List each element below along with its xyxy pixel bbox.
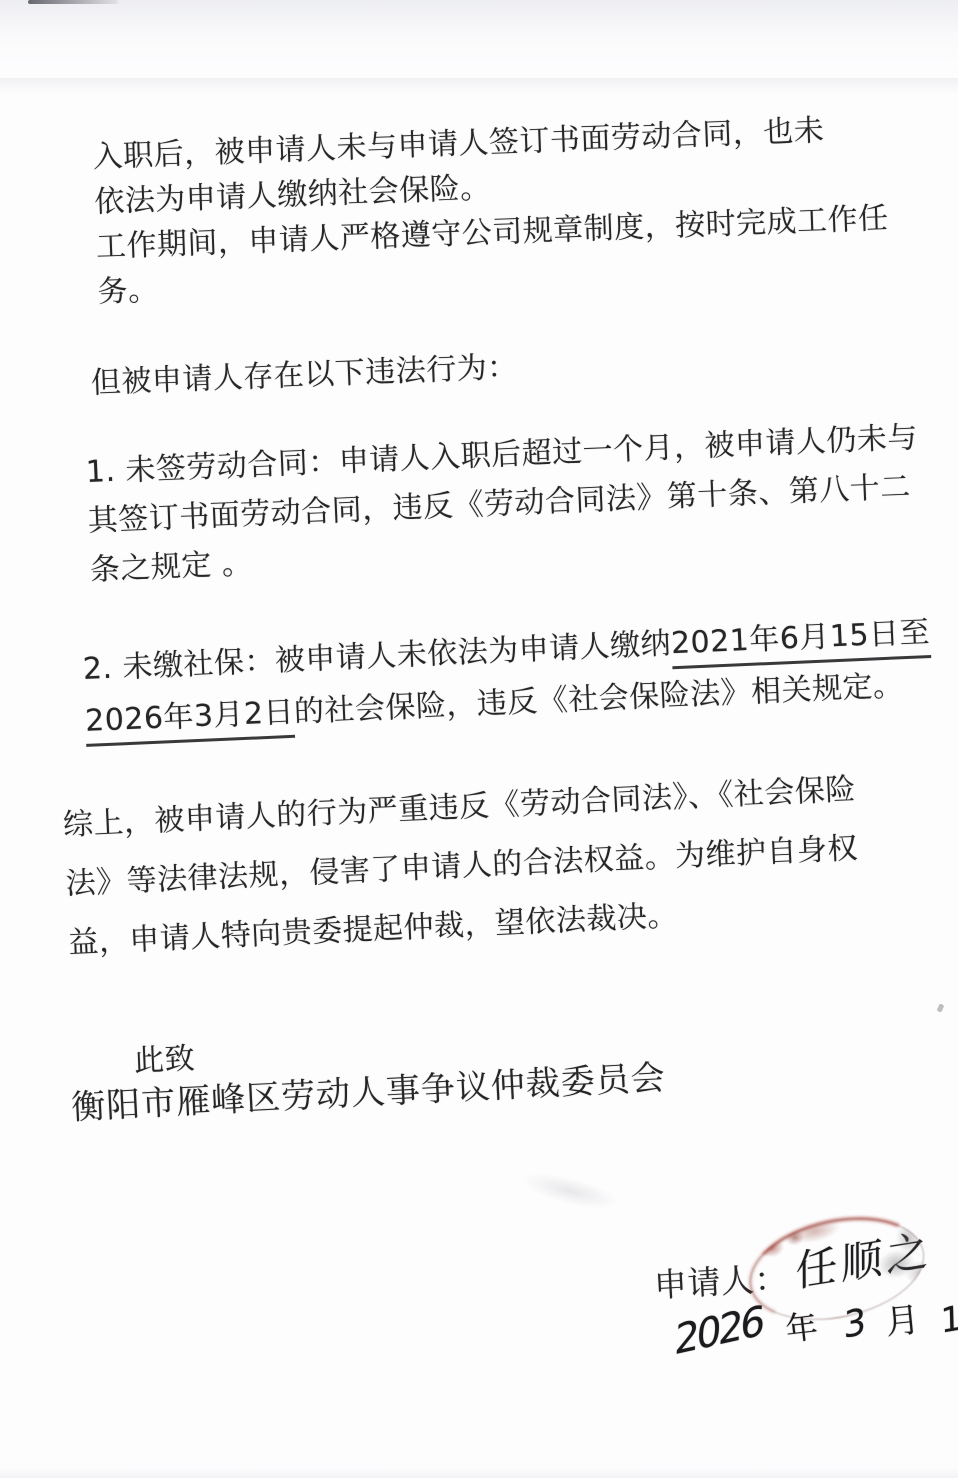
violations-heading: 但被申请人存在以下违法行为：	[90, 342, 518, 402]
scan-artifact-speck	[937, 1003, 945, 1012]
violation-item-1: 1. 未签劳动合同：申请人入职后超过一个月，被申请人仍未与 其签订书面劳动合同，…	[85, 417, 923, 599]
handwritten-signature: 任顺之	[796, 1217, 932, 1300]
scan-artifact-top-band	[0, 0, 958, 64]
text-line: 此致	[133, 1033, 196, 1080]
month-character: 月	[883, 1292, 922, 1344]
paragraph-employment-facts: 入职后，被申请人未与申请人签订书面劳动合同，也未 依法为申请人缴纳社会保险。 工…	[92, 109, 891, 318]
handwritten-month: 3	[843, 1301, 866, 1348]
scan-artifact-bottom-band	[0, 1468, 958, 1478]
handwritten-year: 2026	[673, 1297, 763, 1364]
paragraph-conclusion: 综上，被申请人的行为严重违反《劳动合同法》、《社会保险 法》等法律法规，侵害了申…	[62, 766, 863, 979]
violation-item-2: 2. 未缴社保：被申请人未依法为申请人缴纳2021年6月15日至 2026年3月…	[82, 611, 934, 752]
handwritten-day: 10	[940, 1293, 958, 1342]
applicant-label: 申请人：	[653, 1258, 789, 1304]
text-line: 但被申请人存在以下违法行为：	[90, 342, 518, 402]
scanned-document-page: 入职后，被申请人未与申请人签订书面劳动合同，也未 依法为申请人缴纳社会保险。 工…	[0, 0, 958, 1478]
year-character: 年	[783, 1301, 821, 1350]
underlined-date-range-start: 2021年6月15日至	[670, 615, 931, 669]
salutation: 此致	[133, 1033, 196, 1080]
scan-artifact-mid-band	[0, 78, 958, 94]
scan-artifact-smudge	[518, 1166, 621, 1215]
scan-artifact-top-edge	[28, 0, 118, 4]
underlined-date-range-end: 2026年3月2日	[84, 695, 295, 747]
